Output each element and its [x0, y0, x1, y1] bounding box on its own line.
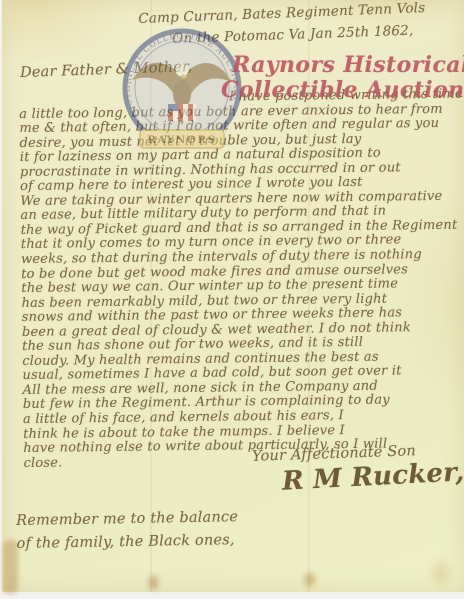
seal-banner-text: RAYNORS	[147, 134, 216, 146]
watermark-text-line2: Collectible Auctions	[221, 77, 464, 103]
postscript-line: of the family, the Black ones,	[16, 529, 238, 556]
fold-stain	[301, 569, 318, 590]
flag-shield-icon	[168, 104, 196, 121]
corner-stain	[428, 556, 454, 590]
fold-stain	[146, 572, 161, 593]
letter-postscript: Remember me to the balance of the family…	[16, 506, 239, 556]
letter-scan: Camp Curran, Bates Regiment Tenn Vols On…	[0, 0, 464, 599]
watermark-text-line1: Raynors Historical	[232, 52, 464, 78]
seal-banner: RAYNORS	[140, 130, 224, 148]
